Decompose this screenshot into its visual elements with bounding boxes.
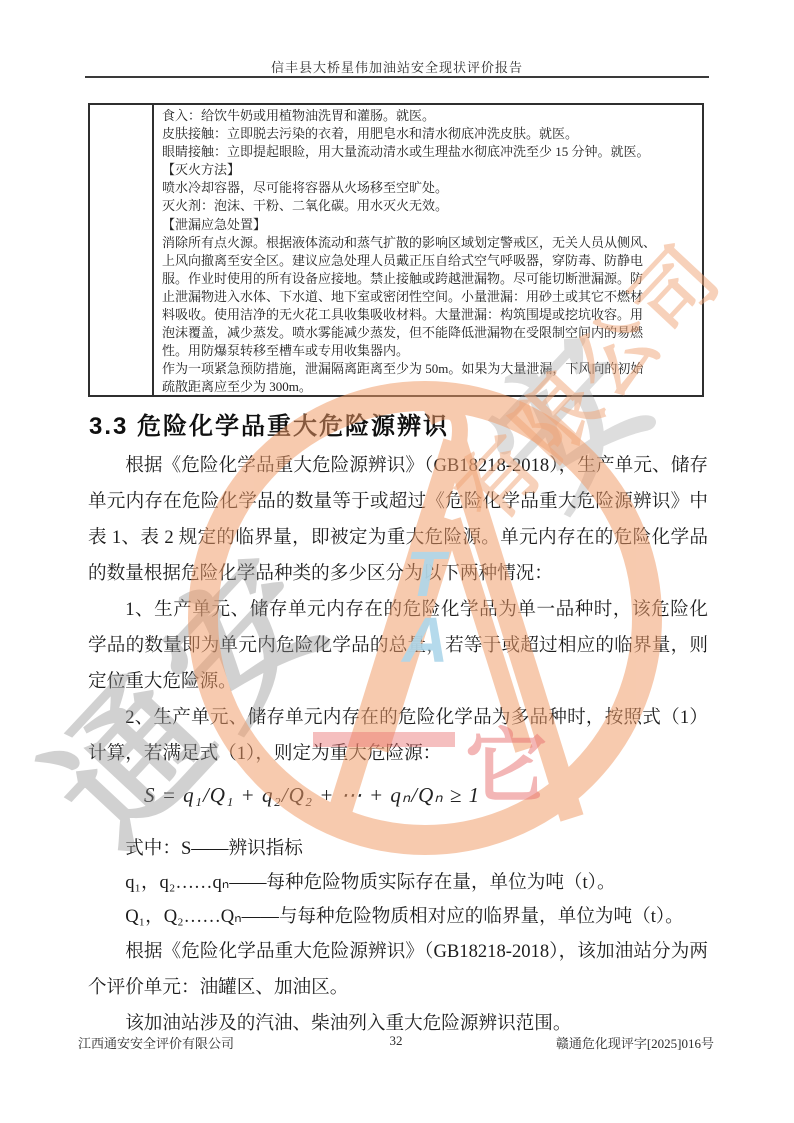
msds-table-line: 【灭火方法】 [162, 161, 698, 179]
msds-table-left-column [90, 105, 154, 395]
footer-company-name: 江西通安安全评价有限公司 [78, 1033, 234, 1052]
section-body: 根据《危险化学品重大危险源辨识》（GB18218-2018），生产单元、储存单元… [88, 448, 708, 1042]
msds-table-line: 【泄漏应急处置】 [162, 216, 698, 234]
paragraph: 根据《危险化学品重大危险源辨识》（GB18218-2018），该加油站分为两个评… [88, 934, 708, 1006]
msds-table-line: 消除所有点火源。根据液体流动和蒸气扩散的影响区域划定警戒区，无关人员从侧风、 [162, 234, 698, 252]
msds-table-line: 疏散距离应至少为 300m。 [162, 378, 698, 395]
page-header-title: 信丰县大桥星伟加油站安全现状评价报告 [0, 57, 794, 76]
paragraph: 根据《危险化学品重大危险源辨识》（GB18218-2018），生产单元、储存单元… [88, 448, 708, 592]
formula-legend-line: q₁，q₂……qₙ——每种危险物质实际存在量，单位为吨（t）。 [88, 866, 708, 900]
paragraph: 2、生产单元、储存单元内存在的危险化学品为多品种时，按照式（1）计算，若满足式（… [88, 700, 708, 772]
msds-table-line: 服。作业时使用的所有设备应接地。禁止接触或跨越泄漏物。尽可能切断泄漏源。防 [162, 270, 698, 288]
page-footer: 江西通安安全评价有限公司 32 赣通危化现评字[2025]016号 [78, 1033, 714, 1053]
formula-legend-line: Q₁，Q₂……Qₙ——与每种危险物质相对应的临界量，单位为吨（t）。 [88, 900, 708, 934]
msds-table-line: 眼睛接触：立即提起眼睑，用大量流动清水或生理盐水彻底冲洗至少 15 分钟。就医。 [162, 143, 698, 161]
msds-table-line: 灭火剂：泡沫、干粉、二氧化碳。用水灭火无效。 [162, 197, 698, 215]
formula-legend-line: 式中：S——辨识指标 [88, 832, 708, 866]
msds-table: 食入：给饮牛奶或用植物油洗胃和灌肠。就医。皮肤接触：立即脱去污染的衣着，用肥皂水… [88, 103, 704, 397]
report-page: 信丰县大桥星伟加油站安全现状评价报告 食入：给饮牛奶或用植物油洗胃和灌肠。就医。… [0, 0, 794, 1123]
msds-table-line: 泡沫覆盖，减少蒸发。喷水雾能减少蒸发，但不能降低泄漏物在受限制空间内的易燃 [162, 324, 698, 342]
paragraph: 1、生产单元、储存单元内存在的危险化学品为单一品种时，该危险化学品的数量即为单元… [88, 592, 708, 700]
msds-table-line: 止泄漏物进入水体、下水道、地下室或密闭性空间。小量泄漏：用砂土或其它不燃材 [162, 288, 698, 306]
msds-table-line: 上风向撤离至安全区。建议应急处理人员戴正压自给式空气呼吸器，穿防毒、防静电 [162, 252, 698, 270]
section-heading: 3.3 危险化学品重大危险源辨识 [89, 406, 449, 441]
header-rule [85, 76, 709, 78]
footer-page-number: 32 [390, 1033, 403, 1049]
formula-legend: 式中：S——辨识指标q₁，q₂……qₙ——每种危险物质实际存在量，单位为吨（t）… [88, 832, 708, 934]
msds-table-line: 喷水冷却容器，尽可能将容器从火场移至空旷处。 [162, 179, 698, 197]
msds-table-line: 食入：给饮牛奶或用植物油洗胃和灌肠。就医。 [162, 107, 698, 125]
msds-table-line: 作为一项紧急预防措施，泄漏隔离距离至少为 50m。如果为大量泄漏，下风向的初始 [162, 360, 698, 378]
msds-table-line: 皮肤接触：立即脱去污染的衣着，用肥皂水和清水彻底冲洗皮肤。就医。 [162, 125, 698, 143]
msds-table-line: 性。用防爆泵转移至槽车或专用收集器内。 [162, 342, 698, 360]
msds-table-content-cell: 食入：给饮牛奶或用植物油洗胃和灌肠。就医。皮肤接触：立即脱去污染的衣着，用肥皂水… [154, 105, 702, 395]
msds-table-line: 料吸收。使用洁净的无火花工具收集吸收材料。大量泄漏：构筑围堤或挖坑收容。用 [162, 306, 698, 324]
formula-equation-1: S = q₁/Q₁ + q₂/Q₂ + ⋯ + qₙ/Qₙ ≥ 1 [144, 776, 708, 814]
footer-document-number: 赣通危化现评字[2025]016号 [556, 1033, 714, 1052]
